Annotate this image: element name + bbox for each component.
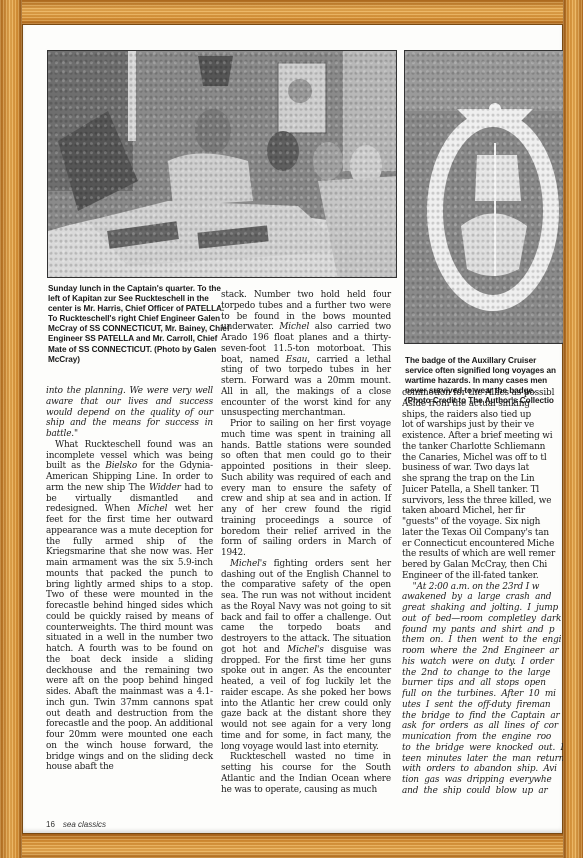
caption-line: The badge of the Auxillary Cruiser [405, 356, 563, 366]
text-line: the results of which are well remer [402, 549, 563, 560]
text-line: Engineer of the ill-fated tanker. [402, 571, 563, 582]
text-line: er Connecticut encountered Miche [402, 539, 563, 550]
frame-left-rail [0, 0, 22, 858]
quote-line: the bridge to find the Captain ar [402, 711, 563, 722]
text-line: business of war. Two days lat [402, 463, 563, 474]
body-paragraph: Prior to sailing on her first voyage muc… [221, 419, 391, 559]
quote-line: teen minutes later the man return [402, 754, 563, 765]
body-paragraph: What Ruckteschell found was an incomplet… [46, 440, 213, 773]
text-line: later the Texas Oil Company's tan [402, 528, 563, 539]
text-line: the tanker Charlotte Schliemann [402, 442, 563, 453]
text-run: disguise was dropped. For the first time… [221, 645, 391, 752]
quote-line: the 2nd to change to the large [402, 668, 563, 679]
magazine-page: Sunday lunch in the Captain's quarter. T… [22, 24, 563, 834]
frame-bottom-rail [0, 834, 583, 858]
text-run: wet her feet for the first time her outw… [46, 504, 213, 772]
quote-line: burner tips and all stops open [402, 678, 563, 689]
quote-line: his watch were on duty. I order [402, 657, 563, 668]
text-line: the Canaries, Michel was off to tl [402, 453, 563, 464]
badge-photo [404, 50, 563, 344]
body-paragraph: stack. Number two hold held four torpedo… [221, 290, 391, 419]
photo-grain [405, 51, 563, 343]
lunch-photo-caption: Sunday lunch in the Captain's quarter. T… [48, 284, 230, 365]
article-column-left: into the planning. We were very well awa… [46, 386, 213, 773]
quote-line: room where the 2nd Engineer ar [402, 646, 563, 657]
article-column-middle: stack. Number two hold held four torpedo… [221, 290, 391, 795]
quote-line: to the bridge were knocked out. F [402, 743, 563, 754]
quote-line: great shaking and jolting. I jump [402, 603, 563, 614]
page-folio: 16sea classics [46, 820, 106, 829]
text-run: fighting orders sent her dashing out of … [221, 559, 391, 655]
quote-line: and the ship could blow up ar [402, 786, 563, 797]
ship-name: Michel [279, 322, 309, 332]
text-line: ships, the raiders also tied up [402, 410, 563, 421]
text-line: Aside from the actual sinking [402, 399, 563, 410]
ship-name: Michel's [287, 645, 324, 655]
ship-name: Widder [149, 483, 181, 493]
ship-name: Michel's [230, 559, 267, 569]
body-paragraph: Michel's fighting orders sent her dashin… [221, 559, 391, 753]
quote-line: out of bed—room completley dark [402, 614, 563, 625]
boat-name: Esau [286, 355, 307, 365]
ship-name: Bielsko [105, 461, 137, 471]
page-number: 16 [46, 820, 55, 829]
body-paragraph: Ruckteschell wasted no time in setting h… [221, 752, 391, 795]
quote-line: tion gas was dripping everywhe [402, 775, 563, 786]
quote-line: ask for orders as all lines of cor [402, 721, 563, 732]
lunch-photo [47, 50, 397, 278]
text-line: lot of warships just by their ve [402, 420, 563, 431]
text-line: bered by Galan McCray, then Chi [402, 560, 563, 571]
caption-line: wartime hazards. In many cases men [405, 376, 563, 386]
quote-paragraph: into the planning. We were very well awa… [46, 386, 213, 440]
quote-line: munication from the engine roo [402, 732, 563, 743]
text-line: commotion for the Allies as possibl [402, 388, 563, 399]
quote-line: them on. I then went to the engi [402, 635, 563, 646]
publication-name: sea classics [63, 820, 106, 829]
article-column-right: commotion for the Allies as possiblAside… [402, 388, 563, 797]
ship-name: Michel [138, 504, 168, 514]
quote-line: full on the turbines. After 10 mi [402, 689, 563, 700]
picture-frame: Sunday lunch in the Captain's quarter. T… [0, 0, 583, 858]
text-line: Juicer Patella, a Shell tanker. Tl [402, 485, 563, 496]
text-line: "guests" of the voyage. Six nigh [402, 517, 563, 528]
photo-grain [48, 51, 396, 277]
caption-line: service often signified long voyages an [405, 366, 563, 376]
quote-line: with orders to abandon ship. Avi [402, 764, 563, 775]
quote-line: found my pants and shirt and p [402, 625, 563, 636]
frame-right-rail [563, 0, 583, 858]
frame-top-rail [0, 0, 583, 24]
text-line: she sprang the trap on the Lin [402, 474, 563, 485]
quote-line: "At 2:00 a.m. on the 23rd I w [402, 582, 563, 593]
text-line: survivors, less the three killed, we [402, 496, 563, 507]
quote-line: awakened by a large crash and [402, 592, 563, 603]
quote-line: utes I sent the off-duty fireman [402, 700, 563, 711]
text-line: taken aboard Michel, her fir [402, 506, 563, 517]
text-line: existence. After a brief meeting wi [402, 431, 563, 442]
